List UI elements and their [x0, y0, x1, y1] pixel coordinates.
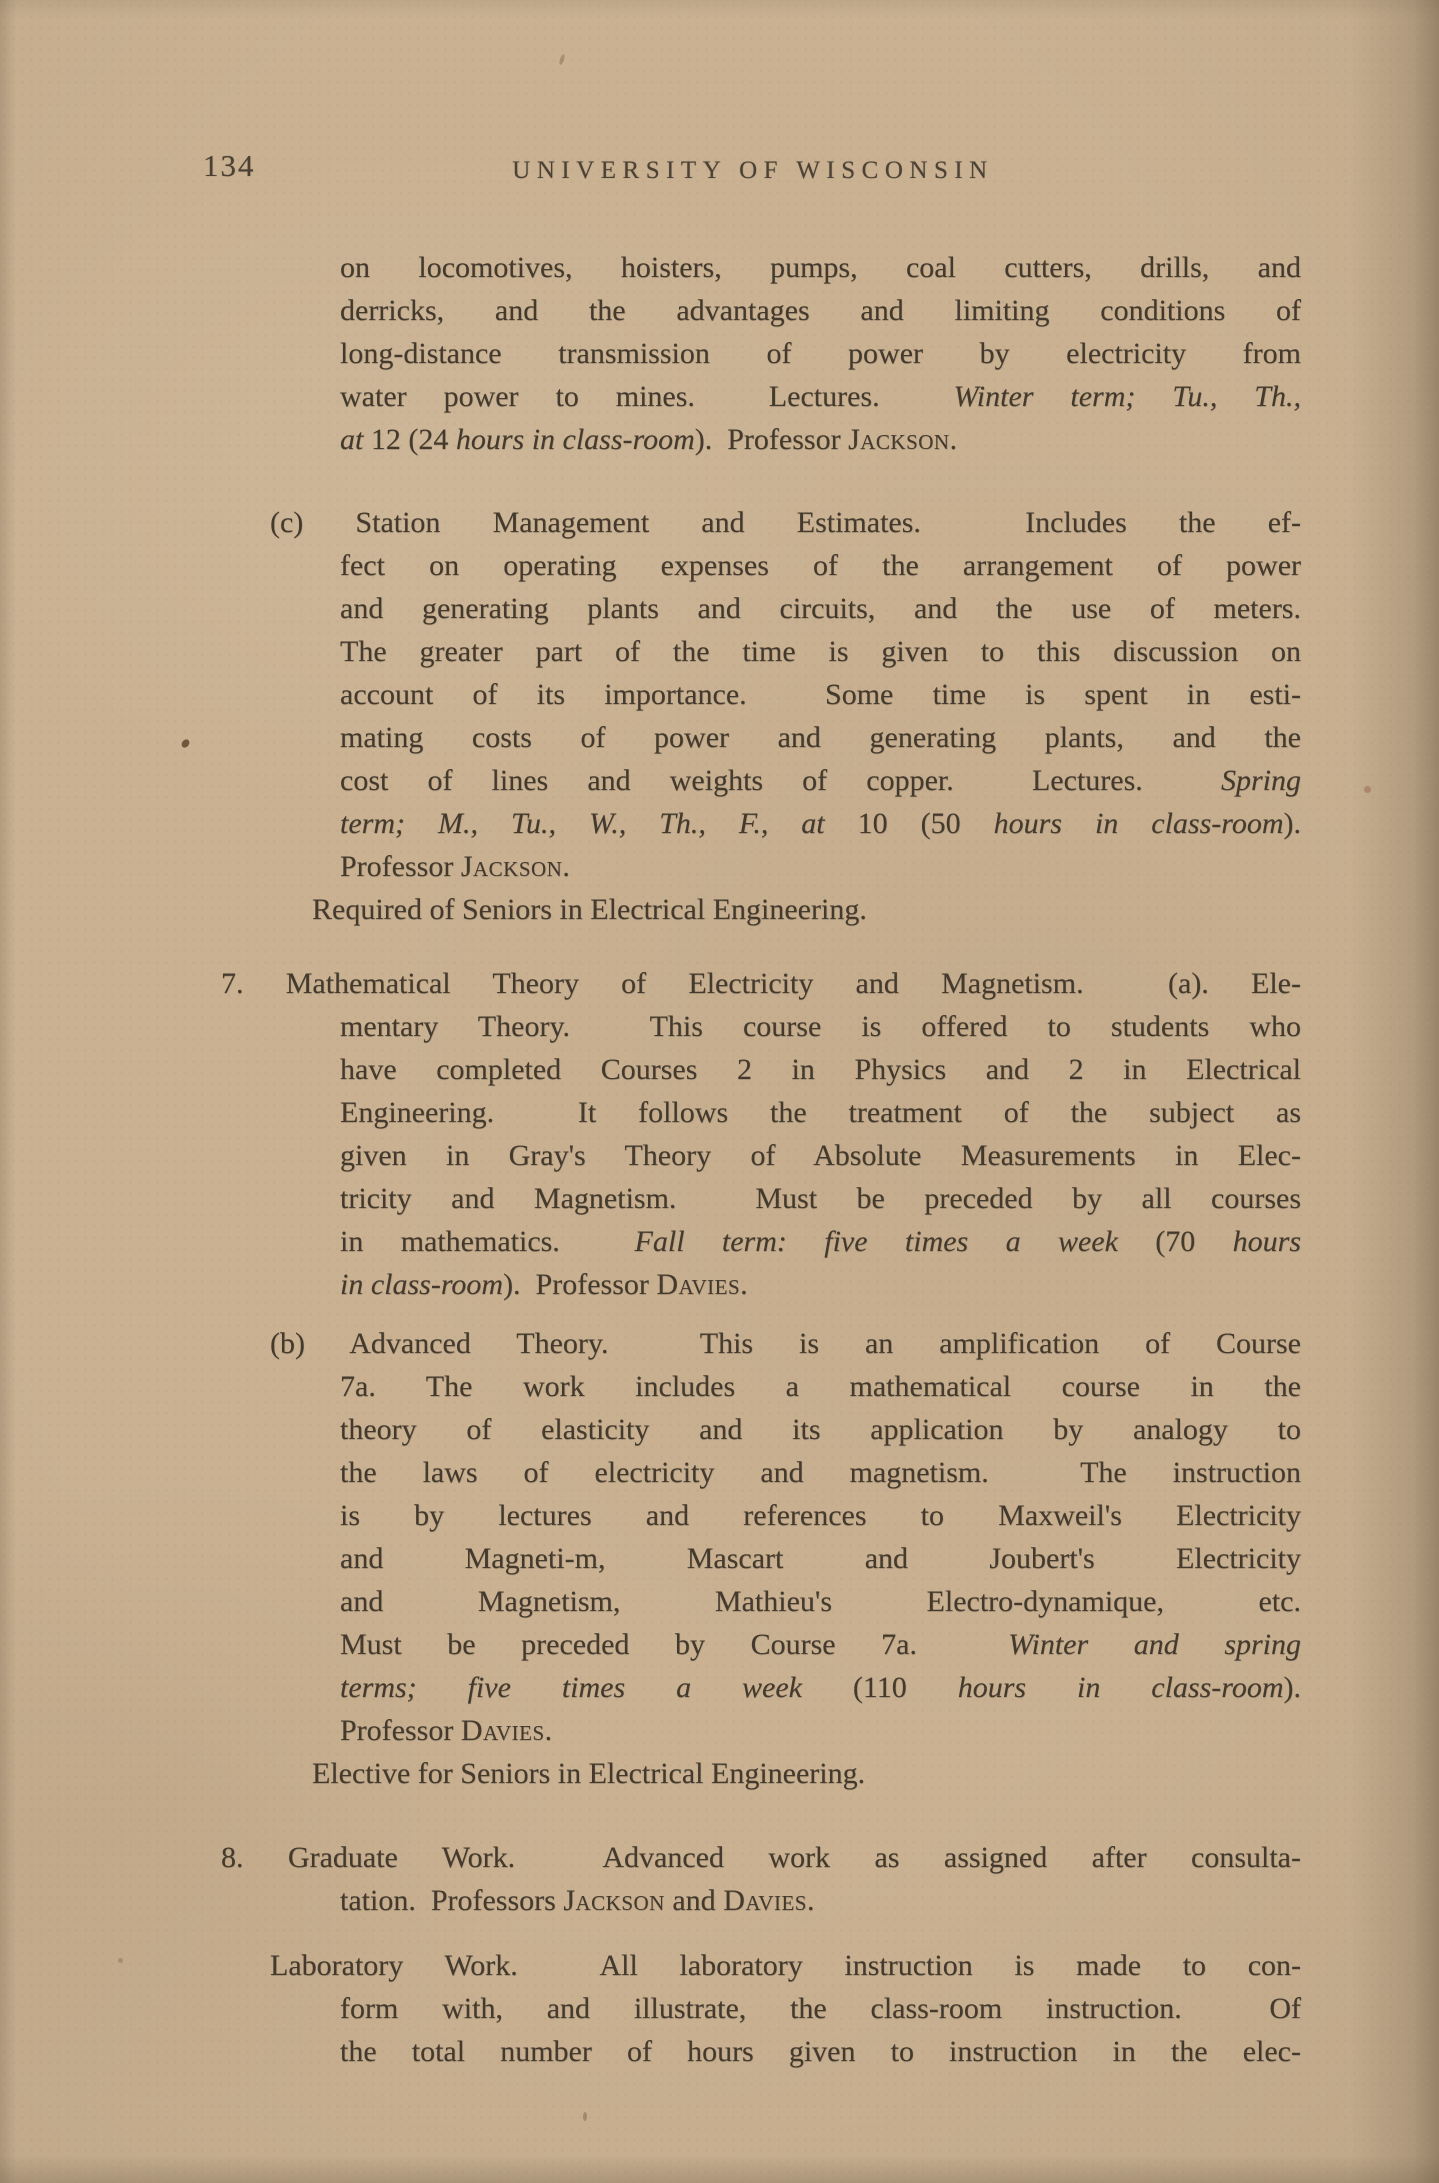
text-run: cost of lines and weights of copper. Lec…: [340, 764, 1221, 797]
text-run: in mathematics.: [340, 1225, 635, 1258]
text-line: is by lectures and references to Maxweil…: [221, 1494, 1301, 1537]
text-run: Davies: [723, 1884, 807, 1917]
text-line: Professor Davies.: [221, 1709, 1301, 1752]
text-line: 7a. The work includes a mathematical cou…: [221, 1365, 1301, 1408]
text-run: Davies: [656, 1268, 740, 1301]
text-line: and Magnetism, Mathieu's Electro-dynamiq…: [221, 1580, 1301, 1623]
text-run: ).: [1283, 1671, 1301, 1704]
text-run: (b) Advanced Theory. This is an amplific…: [270, 1327, 1301, 1360]
text-run: Engineering. It follows the treatment of…: [340, 1096, 1301, 1129]
text-run: Jackson: [461, 850, 563, 883]
text-run: mating costs of power and generating pla…: [340, 721, 1301, 754]
text-run: Required of Seniors in Electrical Engine…: [312, 893, 867, 926]
page-number: 134: [203, 148, 256, 184]
text-line: at 12 (24 hours in class-room). Professo…: [221, 418, 1301, 461]
text-line: (b) Advanced Theory. This is an amplific…: [221, 1322, 1301, 1365]
text-run: the laws of electricity and magnetism. T…: [340, 1456, 1301, 1489]
text-run: Professor: [340, 1714, 461, 1747]
text-line: terms; five times a week (110 hours in c…: [221, 1666, 1301, 1709]
text-run: have completed Courses 2 in Physics and …: [340, 1053, 1301, 1086]
text-run: account of its importance. Some time is …: [340, 678, 1301, 711]
text-run: in class-room: [340, 1268, 503, 1301]
text-line: and Magneti-m, Mascart and Joubert's Ele…: [221, 1537, 1301, 1580]
text-line: the total number of hours given to instr…: [221, 2030, 1301, 2073]
text-run: is by lectures and references to Maxweil…: [340, 1499, 1301, 1532]
text-line: Must be preceded by Course 7a. Winter an…: [221, 1623, 1301, 1666]
text-line: mentary Theory. This course is offered t…: [221, 1005, 1301, 1048]
text-run: Elective for Seniors in Electrical Engin…: [312, 1757, 865, 1790]
paper-speck: [118, 1958, 123, 1963]
text-run: Fall term: five times a week: [635, 1225, 1156, 1258]
text-run: theory of elasticity and its application…: [340, 1413, 1301, 1446]
text-line: account of its importance. Some time is …: [221, 673, 1301, 716]
text-run: ). Professor: [695, 423, 848, 456]
text-line: term; M., Tu., W., Th., F., at 10 (50 ho…: [221, 802, 1301, 845]
text-run: (110: [853, 1671, 958, 1704]
text-run: (70: [1155, 1225, 1232, 1258]
text-run: ). Professor: [503, 1268, 656, 1301]
text-line: Required of Seniors in Electrical Engine…: [221, 888, 1301, 931]
running-header: UNIVERSITY OF WISCONSIN: [512, 157, 993, 185]
text-line: on locomotives, hoisters, pumps, coal cu…: [221, 246, 1301, 289]
text-line: 7. Mathematical Theory of Electricity an…: [221, 962, 1301, 1005]
text-line: mating costs of power and generating pla…: [221, 716, 1301, 759]
paper-speck: [1364, 786, 1371, 793]
paragraph: 7. Mathematical Theory of Electricity an…: [221, 962, 1301, 1306]
text-run: form with, and illustrate, the class-roo…: [340, 1992, 1301, 2025]
text-run: derricks, and the advantages and limitin…: [340, 294, 1301, 327]
text-line: Professor Jackson.: [221, 845, 1301, 888]
text-run: the total number of hours given to instr…: [340, 2035, 1301, 2068]
text-run: on locomotives, hoisters, pumps, coal cu…: [340, 251, 1301, 284]
text-run: hours: [1233, 1225, 1301, 1258]
text-line: theory of elasticity and its application…: [221, 1408, 1301, 1451]
text-run: Laboratory Work. All laboratory instruct…: [270, 1949, 1301, 1982]
text-line: The greater part of the time is given to…: [221, 630, 1301, 673]
text-run: mentary Theory. This course is offered t…: [340, 1010, 1301, 1043]
paper-speck: [558, 54, 565, 66]
text-line: fect on operating expenses of the arrang…: [221, 544, 1301, 587]
paragraph: Required of Seniors in Electrical Engine…: [221, 888, 1301, 931]
text-run: 7a. The work includes a mathematical cou…: [340, 1370, 1301, 1403]
text-run: .: [545, 1714, 553, 1747]
text-run: Spring: [1221, 764, 1301, 797]
text-run: hours in class-room: [994, 807, 1284, 840]
text-line: in mathematics. Fall term: five times a …: [221, 1220, 1301, 1263]
paragraph: on locomotives, hoisters, pumps, coal cu…: [221, 246, 1301, 461]
book-page: 134 UNIVERSITY OF WISCONSIN on locomotiv…: [0, 0, 1439, 2183]
text-line: have completed Courses 2 in Physics and …: [221, 1048, 1301, 1091]
text-line: in class-room). Professor Davies.: [221, 1263, 1301, 1306]
paragraph: Laboratory Work. All laboratory instruct…: [221, 1944, 1301, 2073]
text-run: 8. Graduate Work. Advanced work as assig…: [221, 1841, 1301, 1874]
text-run: Winter and spring: [1008, 1628, 1301, 1661]
text-line: Elective for Seniors in Electrical Engin…: [221, 1752, 1301, 1795]
paragraph: 8. Graduate Work. Advanced work as assig…: [221, 1836, 1301, 1922]
text-run: .: [950, 423, 958, 456]
text-run: (c) Station Management and Estimates. In…: [270, 506, 1301, 539]
text-line: Laboratory Work. All laboratory instruct…: [221, 1944, 1301, 1987]
text-line: derricks, and the advantages and limitin…: [221, 289, 1301, 332]
text-run: tricity and Magnetism. Must be preceded …: [340, 1182, 1301, 1215]
text-run: Davies: [461, 1714, 545, 1747]
text-run: and Magneti-m, Mascart and Joubert's Ele…: [340, 1542, 1301, 1575]
text-run: given in Gray's Theory of Absolute Measu…: [340, 1139, 1301, 1172]
text-line: Engineering. It follows the treatment of…: [221, 1091, 1301, 1134]
text-run: at: [340, 423, 371, 456]
paper-speck: [180, 738, 191, 749]
text-line: given in Gray's Theory of Absolute Measu…: [221, 1134, 1301, 1177]
text-run: term; M., Tu., W., Th., F., at: [340, 807, 858, 840]
text-line: long-distance transmission of power by e…: [221, 332, 1301, 375]
text-run: terms; five times a week: [340, 1671, 853, 1704]
text-run: and: [665, 1884, 723, 1917]
text-line: tation. Professors Jackson and Davies.: [221, 1879, 1301, 1922]
text-run: ).: [1284, 807, 1302, 840]
text-line: the laws of electricity and magnetism. T…: [221, 1451, 1301, 1494]
text-run: tation. Professors: [340, 1884, 563, 1917]
text-line: (c) Station Management and Estimates. In…: [221, 501, 1301, 544]
text-run: hours in class-room: [958, 1671, 1284, 1704]
text-run: Professor: [340, 850, 461, 883]
text-run: long-distance transmission of power by e…: [340, 337, 1301, 370]
paragraph: Elective for Seniors in Electrical Engin…: [221, 1752, 1301, 1795]
text-line: and generating plants and circuits, and …: [221, 587, 1301, 630]
text-run: The greater part of the time is given to…: [340, 635, 1301, 668]
text-run: .: [807, 1884, 815, 1917]
text-run: 12 (24: [371, 423, 456, 456]
text-run: water power to mines. Lectures.: [340, 380, 953, 413]
text-run: and generating plants and circuits, and …: [340, 592, 1301, 625]
paper-speck: [583, 2112, 587, 2121]
text-run: Must be preceded by Course 7a.: [340, 1628, 1008, 1661]
text-run: Jackson: [848, 423, 950, 456]
paragraph: (c) Station Management and Estimates. In…: [221, 501, 1301, 888]
text-line: water power to mines. Lectures. Winter t…: [221, 375, 1301, 418]
text-line: form with, and illustrate, the class-roo…: [221, 1987, 1301, 2030]
body-text: on locomotives, hoisters, pumps, coal cu…: [221, 246, 1301, 2073]
text-line: tricity and Magnetism. Must be preceded …: [221, 1177, 1301, 1220]
text-run: fect on operating expenses of the arrang…: [340, 549, 1301, 582]
paragraph: (b) Advanced Theory. This is an amplific…: [221, 1322, 1301, 1752]
text-run: Jackson: [563, 1884, 665, 1917]
text-run: .: [740, 1268, 748, 1301]
text-run: 7. Mathematical Theory of Electricity an…: [221, 967, 1301, 1000]
text-run: hours in class-room: [456, 423, 695, 456]
text-line: 8. Graduate Work. Advanced work as assig…: [221, 1836, 1301, 1879]
text-run: and Magnetism, Mathieu's Electro-dynamiq…: [340, 1585, 1301, 1618]
text-run: 10 (50: [858, 807, 994, 840]
text-line: cost of lines and weights of copper. Lec…: [221, 759, 1301, 802]
text-run: .: [562, 850, 570, 883]
text-run: Winter term; Tu., Th.,: [953, 380, 1301, 413]
